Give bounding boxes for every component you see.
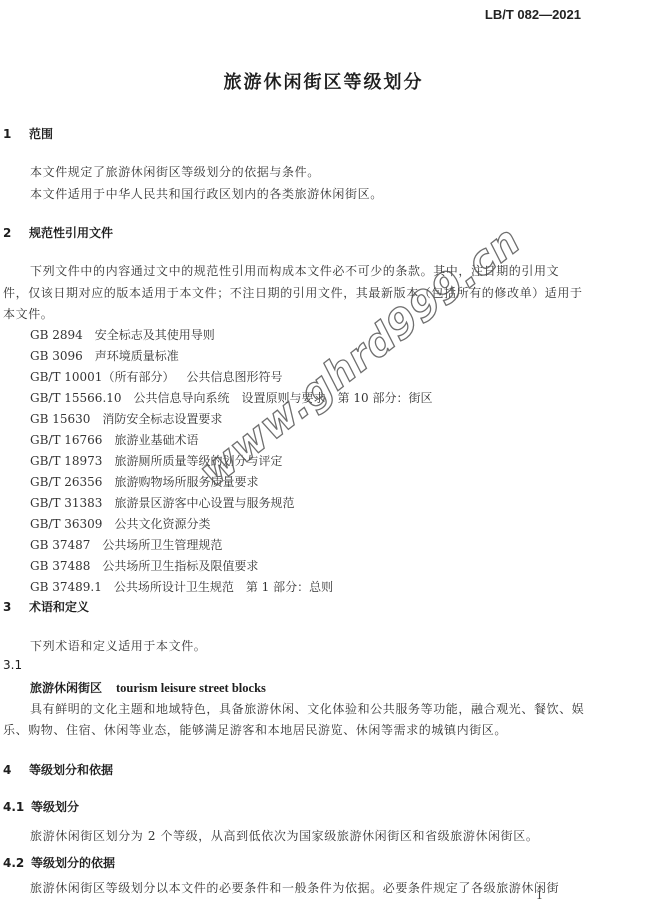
term-number: 3.1 bbox=[3, 658, 22, 672]
paragraph: 旅游休闲街区划分为 2 个等级，从高到低依次为国家级旅游休闲街区和省级旅游休闲街… bbox=[30, 827, 538, 844]
subsection-4-2-heading: 4.2等级划分的依据 bbox=[3, 854, 115, 871]
reference-title: 安全标志及其使用导则 bbox=[95, 328, 215, 342]
reference-code: GB/T 10001（所有部分） bbox=[30, 368, 174, 385]
paragraph: 下列术语和定义适用于本文件。 bbox=[30, 637, 206, 654]
section-4-heading: 4等级划分和依据 bbox=[3, 761, 113, 778]
reference-item: GB/T 16766 旅游业基础术语 bbox=[30, 431, 198, 448]
reference-title: 公共场所设计卫生规范 第 1 部分：总则 bbox=[114, 580, 333, 594]
reference-code: GB 37489.1 bbox=[30, 580, 102, 594]
reference-item: GB/T 36309 公共文化资源分类 bbox=[30, 515, 210, 532]
section-number: 3 bbox=[3, 600, 29, 614]
reference-item: GB 3096 声环境质量标准 bbox=[30, 347, 179, 364]
reference-title: 公共场所卫生管理规范 bbox=[102, 538, 222, 552]
reference-item: GB/T 15566.10 公共信息导向系统 设置原则与要求 第 10 部分：街… bbox=[30, 389, 432, 406]
term-entry: 旅游休闲街区tourism leisure street blocks bbox=[30, 679, 266, 696]
paragraph: 本文件适用于中华人民共和国行政区划内的各类旅游休闲街区。 bbox=[30, 185, 383, 202]
paragraph-line: 本文件。 bbox=[3, 305, 53, 322]
subsection-number: 4.2 bbox=[3, 856, 31, 870]
section-3-heading: 3术语和定义 bbox=[3, 598, 89, 615]
paragraph: 本文件规定了旅游休闲街区等级划分的依据与条件。 bbox=[30, 163, 320, 180]
reference-title: 旅游业基础术语 bbox=[114, 433, 198, 447]
reference-title: 旅游景区游客中心设置与服务规范 bbox=[114, 496, 294, 510]
watermark-text: www.ghrd999.cn bbox=[191, 217, 530, 496]
reference-code: GB/T 18973 bbox=[30, 454, 102, 468]
reference-code: GB/T 36309 bbox=[30, 517, 102, 531]
subsection-number: 4.1 bbox=[3, 800, 31, 814]
term-english: tourism leisure street blocks bbox=[116, 681, 266, 695]
reference-title: 公共文化资源分类 bbox=[114, 517, 210, 531]
reference-code: GB/T 15566.10 bbox=[30, 391, 122, 405]
subsection-title: 等级划分 bbox=[31, 800, 79, 814]
section-2-heading: 2规范性引用文件 bbox=[3, 224, 113, 241]
definition-line: 具有鲜明的文化主题和地域特色，具备旅游休闲、文化体验和公共服务等功能，融合观光、… bbox=[30, 700, 584, 717]
section-title: 规范性引用文件 bbox=[29, 226, 113, 240]
standard-code: LB/T 082—2021 bbox=[485, 7, 581, 22]
reference-code: GB/T 26356 bbox=[30, 475, 102, 489]
section-title: 等级划分和依据 bbox=[29, 763, 113, 777]
paragraph-line: 件，仅该日期对应的版本适用于本文件；不注日期的引用文件，其最新版本（包括所有的修… bbox=[3, 284, 583, 301]
subsection-4-1-heading: 4.1等级划分 bbox=[3, 798, 79, 815]
reference-code: GB 3096 bbox=[30, 349, 83, 363]
definition-line: 乐、购物、住宿、休闲等业态，能够满足游客和本地居民游览、休闲等需求的城镇内街区。 bbox=[3, 721, 507, 738]
reference-code: GB 37487 bbox=[30, 538, 90, 552]
reference-code: GB 15630 bbox=[30, 412, 90, 426]
reference-code: GB/T 16766 bbox=[30, 433, 102, 447]
section-number: 2 bbox=[3, 226, 29, 240]
reference-item: GB/T 31383 旅游景区游客中心设置与服务规范 bbox=[30, 494, 294, 511]
reference-item: GB 2894 安全标志及其使用导则 bbox=[30, 326, 215, 343]
term-chinese: 旅游休闲街区 bbox=[30, 681, 102, 695]
reference-code: GB/T 31383 bbox=[30, 496, 102, 510]
section-title: 术语和定义 bbox=[29, 600, 89, 614]
reference-title: 消防安全标志设置要求 bbox=[102, 412, 222, 426]
reference-item: GB 15630 消防安全标志设置要求 bbox=[30, 410, 222, 427]
reference-item: GB/T 10001（所有部分） 公共信息图形符号 bbox=[30, 368, 282, 385]
document-title: 旅游休闲街区等级划分 bbox=[0, 68, 647, 94]
reference-title: 公共场所卫生指标及限值要求 bbox=[102, 559, 258, 573]
reference-item: GB 37488 公共场所卫生指标及限值要求 bbox=[30, 557, 258, 574]
reference-code: GB 2894 bbox=[30, 328, 83, 342]
section-title: 范围 bbox=[29, 127, 53, 141]
page-number: 1 bbox=[536, 889, 543, 902]
paragraph: 旅游休闲街区等级划分以本文件的必要条件和一般条件为依据。必要条件规定了各级旅游休… bbox=[30, 879, 559, 896]
reference-code: GB 37488 bbox=[30, 559, 90, 573]
reference-item: GB 37487 公共场所卫生管理规范 bbox=[30, 536, 222, 553]
reference-title: 声环境质量标准 bbox=[95, 349, 179, 363]
reference-item: GB 37489.1 公共场所设计卫生规范 第 1 部分：总则 bbox=[30, 578, 333, 595]
reference-title: 公共信息图形符号 bbox=[186, 370, 282, 384]
subsection-title: 等级划分的依据 bbox=[31, 856, 115, 870]
section-number: 4 bbox=[3, 763, 29, 777]
section-number: 1 bbox=[3, 127, 29, 141]
section-1-heading: 1范围 bbox=[3, 125, 53, 142]
